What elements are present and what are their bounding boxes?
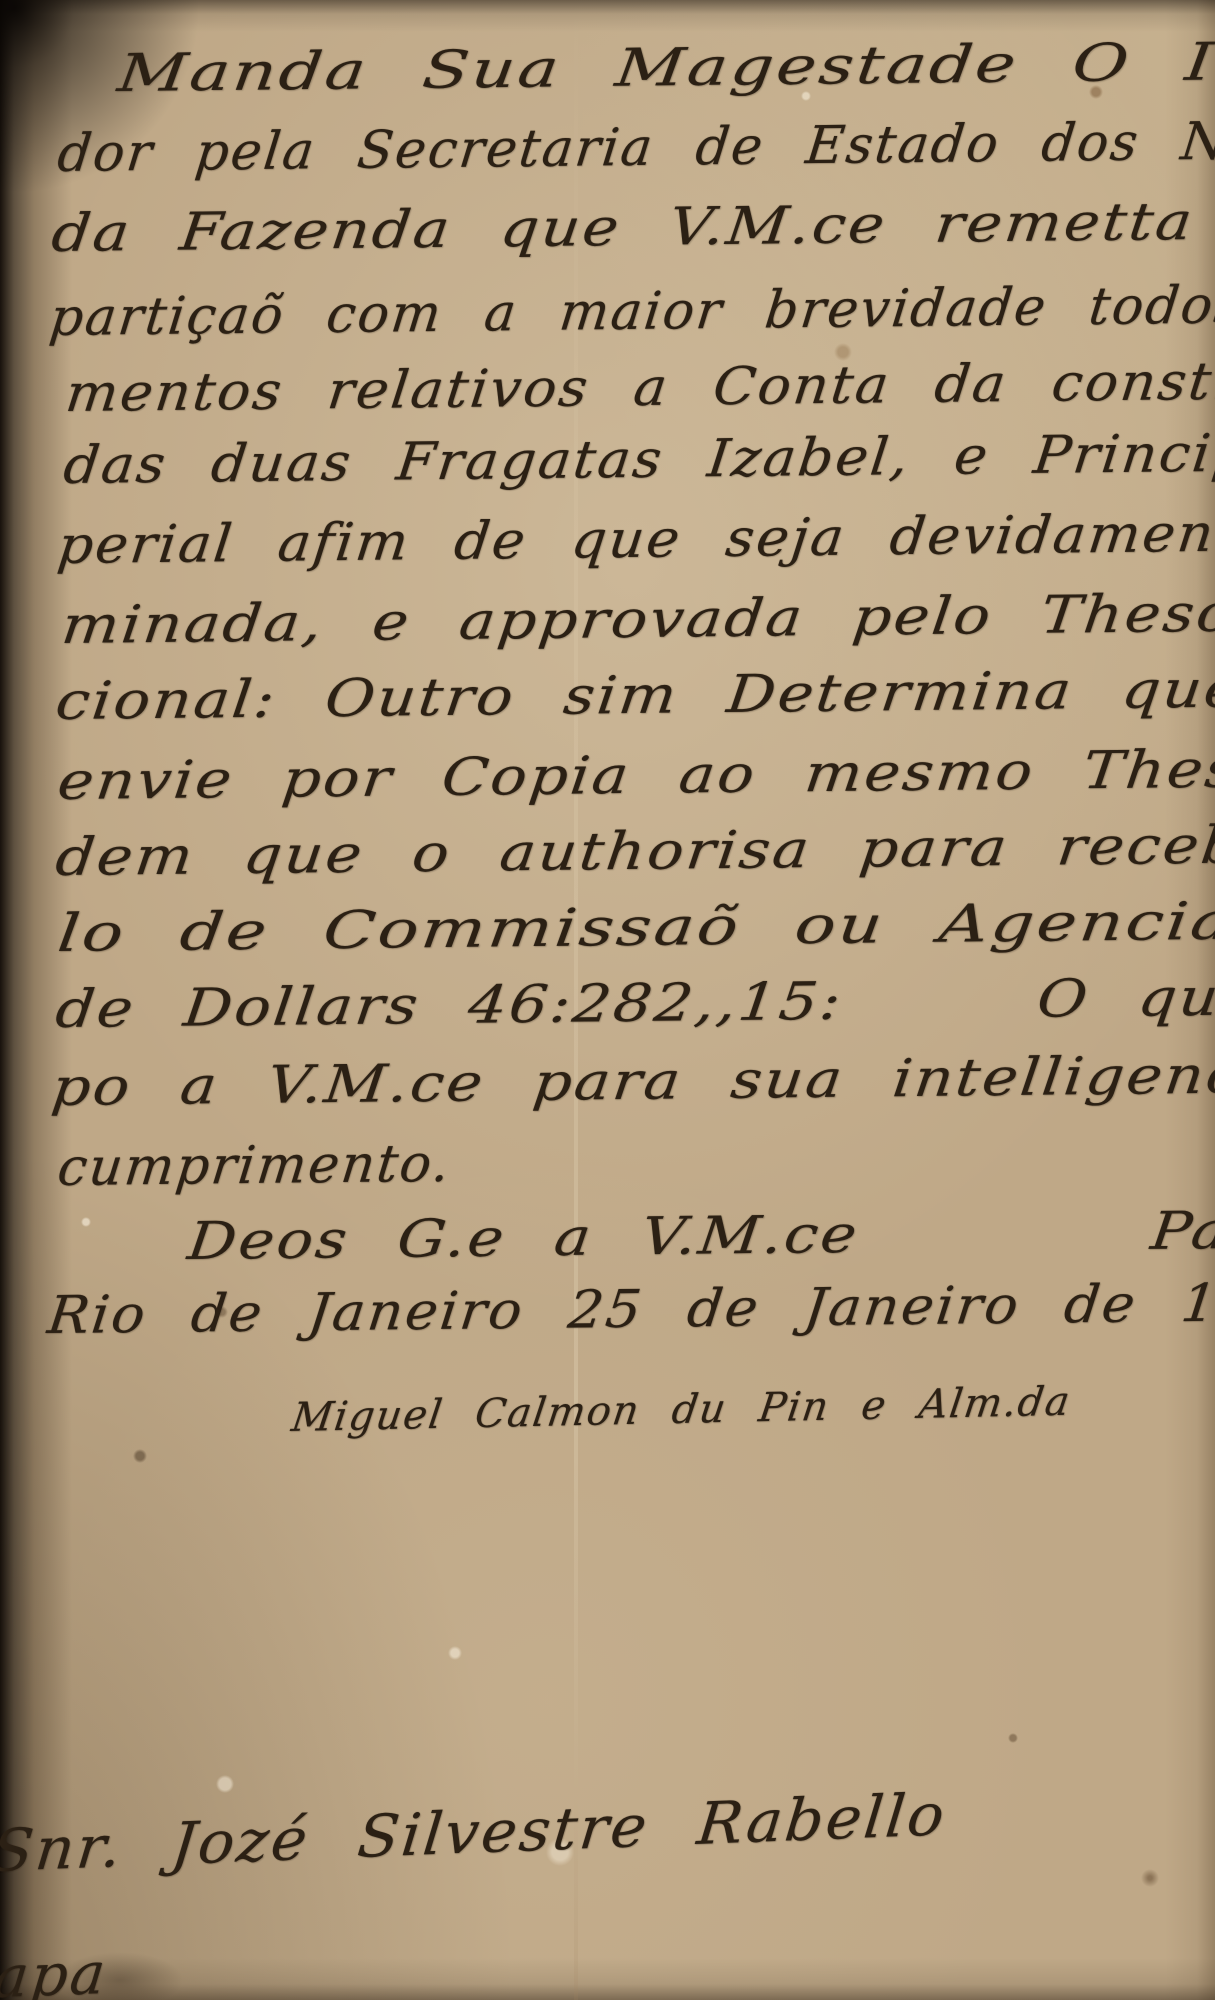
manuscript-line: minada, e approvada pelo Thesouro Na (59, 585, 1215, 652)
manuscript-line: das duas Fragatas Izabel, e Principe Im (61, 426, 1215, 492)
manuscript-line: de Dollars 46:282,,15: O que partici (53, 969, 1215, 1036)
manuscript-line: dor pela Secretaria de Estado dos Negoci… (55, 113, 1215, 180)
manuscript-line: partiçaõ com a maior brevidade todos os … (47, 276, 1215, 344)
manuscript-page: Manda Sua Magestade O Impera= dor pela S… (0, 0, 1215, 2000)
manuscript-line: Manda Sua Magestade O Impera= (115, 33, 1215, 100)
signature: Miguel Calmon du Pin e Alm.da (289, 1382, 1073, 1438)
partial-cutoff-line: apa (0, 1944, 110, 2000)
date-place-line: Rio de Janeiro 25 de Janeiro de 1828. (45, 1276, 1215, 1342)
manuscript-line: mentos relativos a Conta da construcçaõ (63, 354, 1215, 420)
addressee-line: Snr. Jozé Silvestre Rabello (0, 1785, 949, 1880)
closing-salutation-line: Deos G.e a V.M.ce Palacio do (185, 1202, 1215, 1268)
manuscript-line: po a V.M.ce para sua intelligencia e (49, 1048, 1215, 1114)
manuscript-line: cumprimento. (55, 1138, 454, 1194)
manuscript-line: cional: Outro sim Determina que V.M.ce (53, 661, 1215, 728)
manuscript-line: perial afim de que seja devidamente exa= (55, 505, 1215, 572)
manuscript-line: dem que o authorisa para receber a titu (53, 816, 1215, 884)
manuscript-line: envie por Copia ao mesmo Thesouro a or- (55, 740, 1215, 808)
manuscript-line: da Fazenda que V.M.ce remetta a esta Re (49, 192, 1215, 260)
manuscript-line: lo de Commissaõ ou Agencia a Somma (55, 891, 1215, 960)
